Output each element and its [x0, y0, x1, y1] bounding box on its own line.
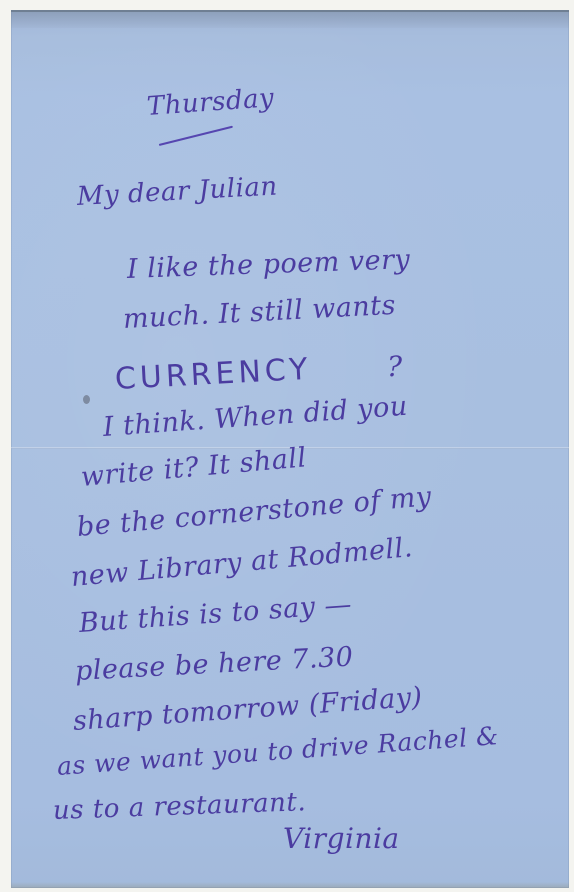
body-line-6: write it? It shall — [80, 442, 308, 493]
letter-heading: Thursday — [146, 83, 275, 122]
body-line-1: I like the poem very — [126, 244, 410, 285]
signature: Virginia — [283, 822, 400, 855]
body-line-13: us to a restaurant. — [52, 787, 306, 826]
letter-paper: Thursday My dear Julian I like the poem … — [11, 10, 569, 888]
paper-top-edge — [11, 12, 569, 28]
body-line-11: sharp tomorrow (Friday) — [72, 682, 424, 737]
heading-underline — [159, 126, 233, 146]
body-line-8: new Library at Rodmell. — [70, 532, 414, 593]
body-line-9: But this is to say — — [78, 589, 353, 639]
ink-spot — [83, 395, 90, 404]
scanned-letter: Thursday My dear Julian I like the poem … — [0, 0, 574, 892]
salutation: My dear Julian — [76, 172, 278, 212]
paper-bottom-edge — [11, 882, 569, 888]
body-line-10: please be here 7.30 — [74, 641, 354, 687]
body-line-3: CURRENCY — [114, 352, 312, 397]
body-line-7: be the cornerstone of my — [76, 481, 433, 543]
body-line-5: I think. When did you — [102, 391, 409, 443]
body-line-2: much. It still wants — [122, 290, 397, 335]
body-line-4: ? — [387, 350, 403, 383]
